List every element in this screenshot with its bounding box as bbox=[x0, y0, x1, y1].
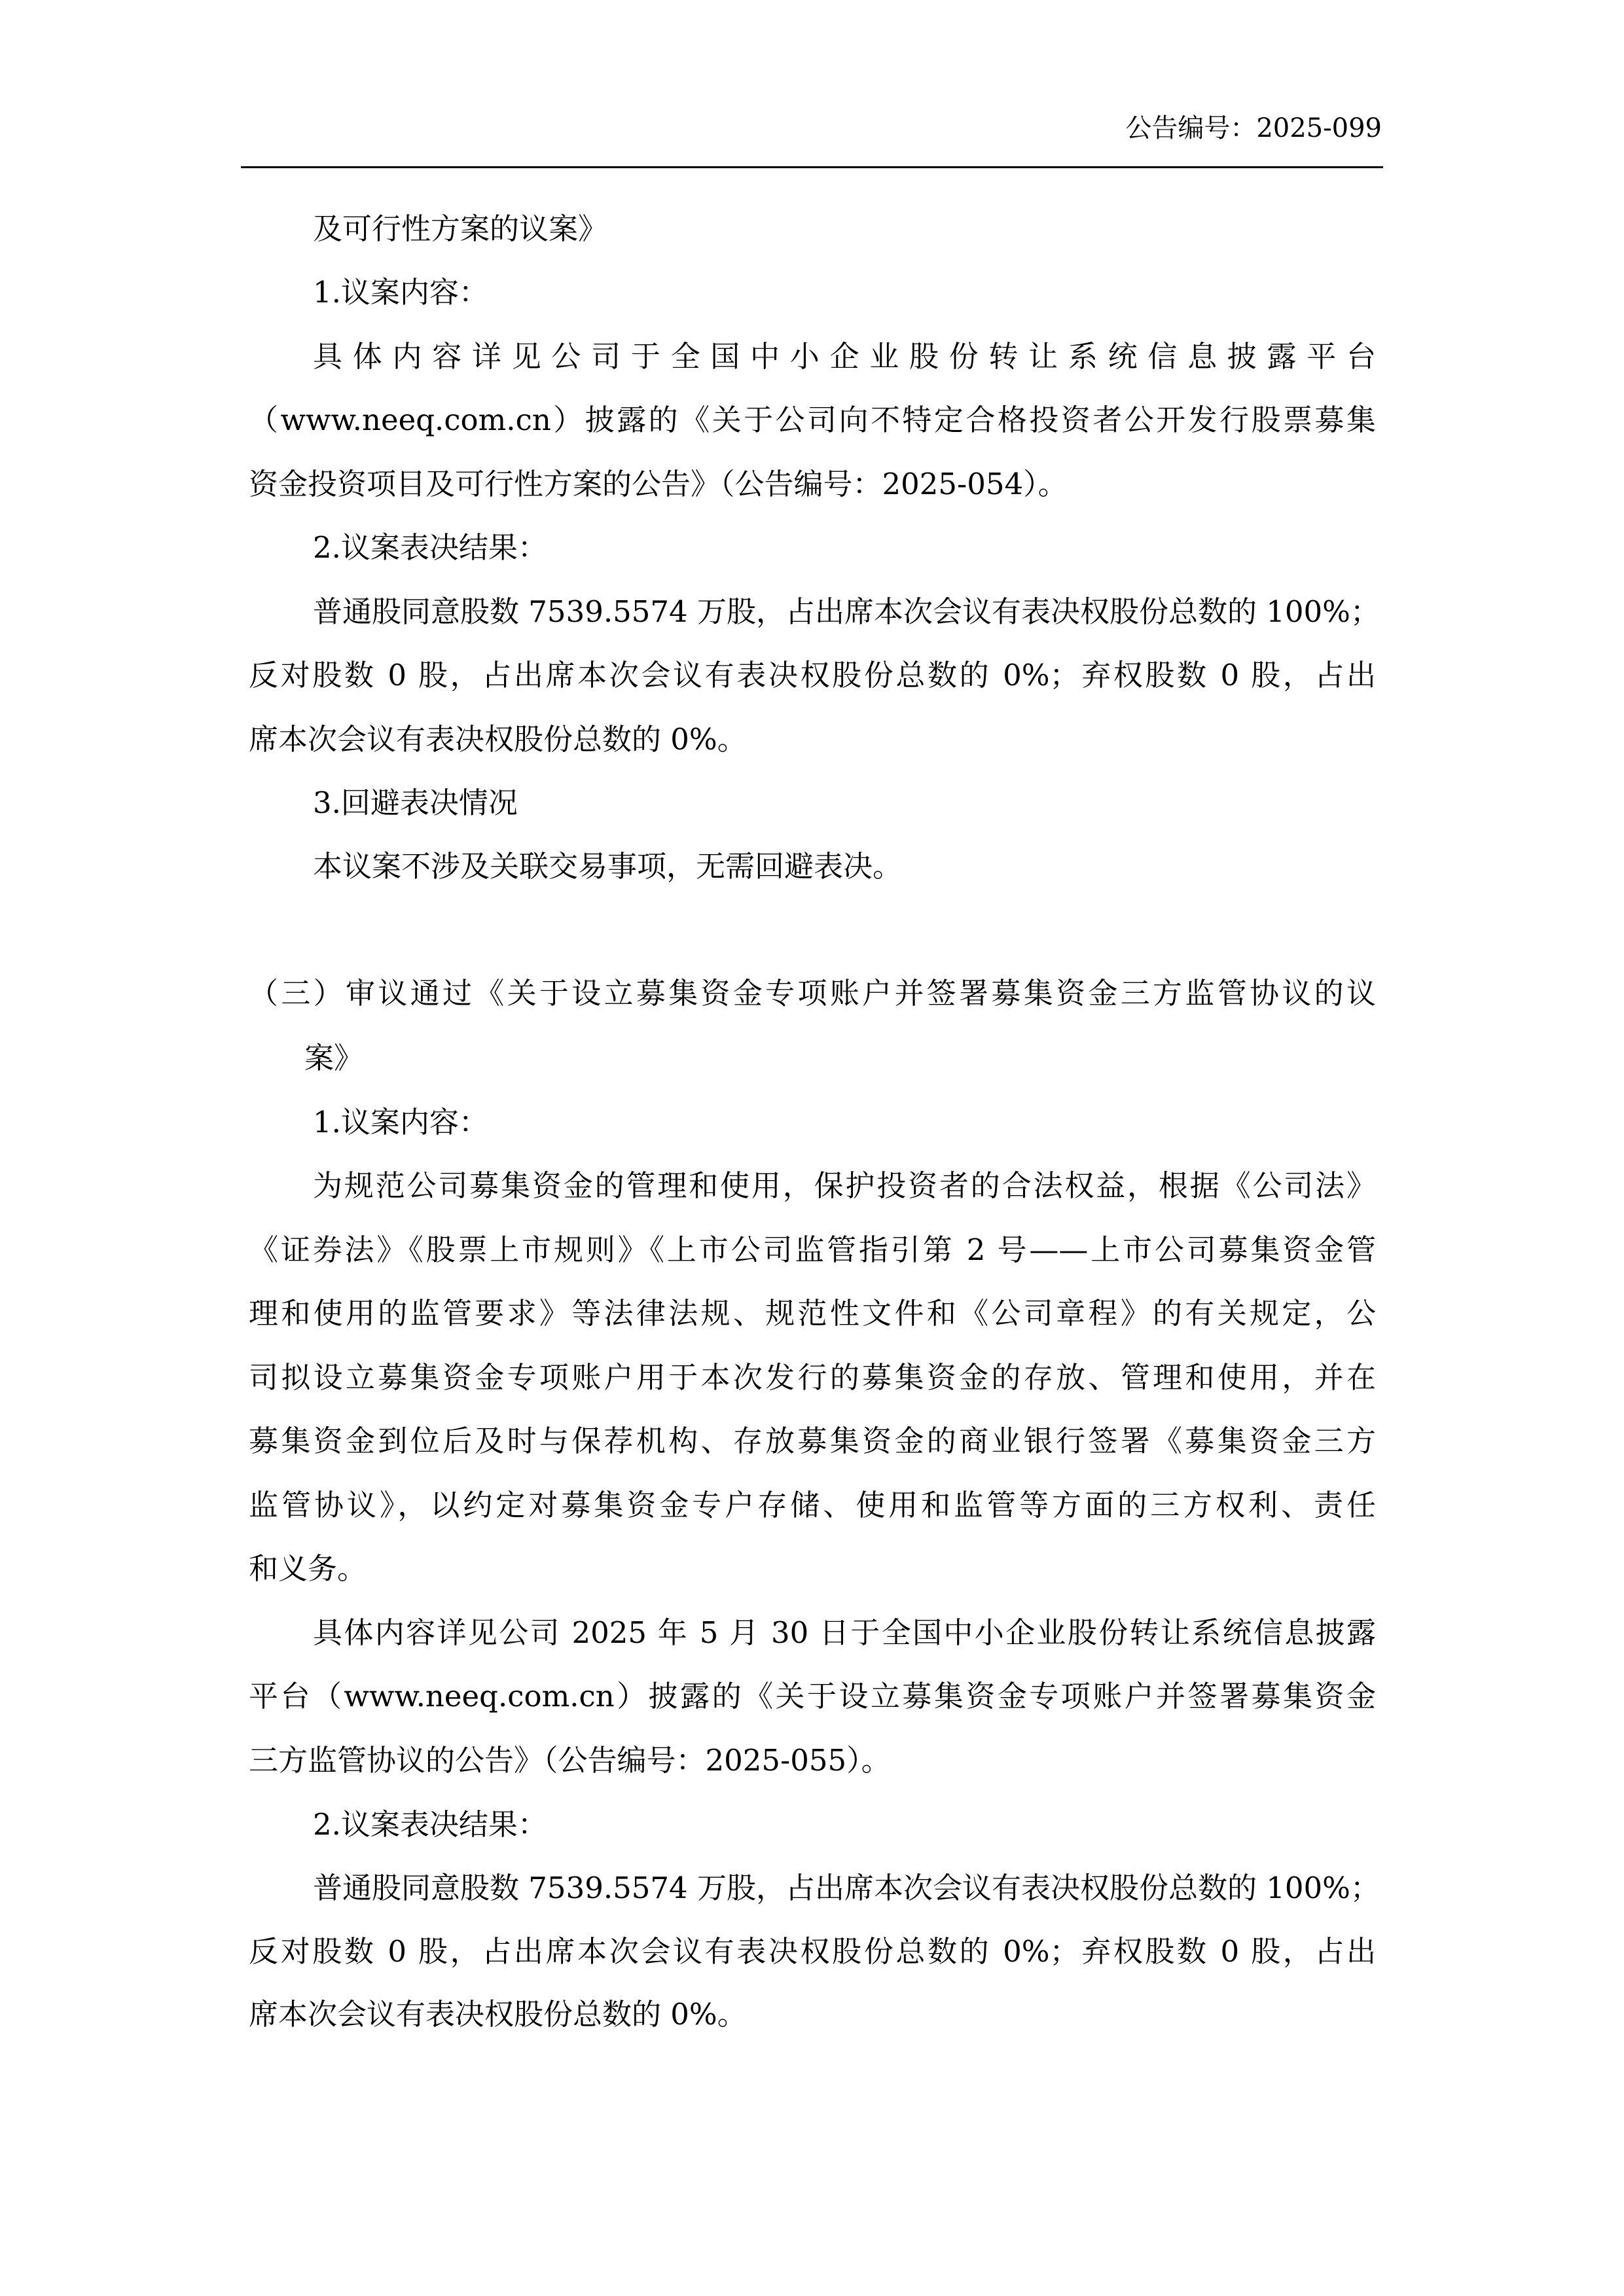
paragraph-line: 具体内容详见公司于全国中小企业股份转让系统信息披露平台 bbox=[313, 337, 1376, 376]
announcement-number: 公告编号：2025-099 bbox=[1125, 110, 1382, 147]
section-label-vote: 2.议案表决结果： bbox=[313, 528, 1376, 567]
item-title-tail: 及可行性方案的议案》 bbox=[313, 209, 1376, 249]
paragraph-line: 为规范公司募集资金的管理和使用，保护投资者的合法权益，根据《公司法》 bbox=[313, 1166, 1376, 1206]
paragraph-line: 和义务。 bbox=[249, 1549, 1376, 1588]
header-divider bbox=[241, 166, 1383, 168]
section-label-recusal: 3.回避表决情况 bbox=[313, 783, 1376, 823]
section-label-content: 1.议案内容： bbox=[313, 273, 1376, 312]
vote-line: 席本次会议有表决权股份总数的 0%。 bbox=[249, 1995, 1376, 2034]
paragraph-line: 资金投资项目及可行性方案的公告》（公告编号：2025-054）。 bbox=[249, 465, 1376, 504]
recusal-text: 本议案不涉及关联交易事项，无需回避表决。 bbox=[313, 847, 1376, 886]
vote-line: 普通股同意股数 7539.5574 万股，占出席本次会议有表决权股份总数的 10… bbox=[313, 592, 1376, 632]
detail-line: 三方监管协议的公告》（公告编号：2025-055）。 bbox=[249, 1741, 1376, 1780]
vote-line: 普通股同意股数 7539.5574 万股，占出席本次会议有表决权股份总数的 10… bbox=[313, 1869, 1376, 1908]
paragraph-line: 理和使用的监管要求》等法律法规、规范性文件和《公司章程》的有关规定，公 bbox=[249, 1294, 1376, 1333]
paragraph-line: 司拟设立募集资金专项账户用于本次发行的募集资金的存放、管理和使用，并在 bbox=[249, 1358, 1376, 1397]
item-heading-continued: 案》 bbox=[304, 1039, 1432, 1078]
paragraph-line: 《证券法》《股票上市规则》《上市公司监管指引第 2 号——上市公司募集资金管 bbox=[249, 1230, 1376, 1270]
paragraph-line: 监管协议》，以约定对募集资金专户存储、使用和监管等方面的三方权利、责任 bbox=[249, 1486, 1376, 1525]
detail-line: 具体内容详见公司 2025 年 5 月 30 日于全国中小企业股份转让系统信息披… bbox=[313, 1613, 1376, 1653]
detail-line: 平台（www.neeq.com.cn）披露的《关于设立募集资金专项账户并签署募集… bbox=[249, 1677, 1376, 1716]
paragraph-line: 募集资金到位后及时与保荐机构、存放募集资金的商业银行签署《募集资金三方 bbox=[249, 1422, 1376, 1461]
vote-line: 反对股数 0 股，占出席本次会议有表决权股份总数的 0%；弃权股数 0 股，占出 bbox=[249, 656, 1376, 695]
section-label-content: 1.议案内容： bbox=[313, 1103, 1376, 1142]
vote-line: 席本次会议有表决权股份总数的 0%。 bbox=[249, 720, 1376, 759]
vote-line: 反对股数 0 股，占出席本次会议有表决权股份总数的 0%；弃权股数 0 股，占出 bbox=[249, 1932, 1376, 1971]
paragraph-line: （www.neeq.com.cn）披露的《关于公司向不特定合格投资者公开发行股票… bbox=[249, 401, 1376, 440]
section-label-vote: 2.议案表决结果： bbox=[313, 1805, 1376, 1844]
item-heading: （三）审议通过《关于设立募集资金专项账户并签署募集资金三方监管协议的议 bbox=[249, 974, 1376, 1013]
